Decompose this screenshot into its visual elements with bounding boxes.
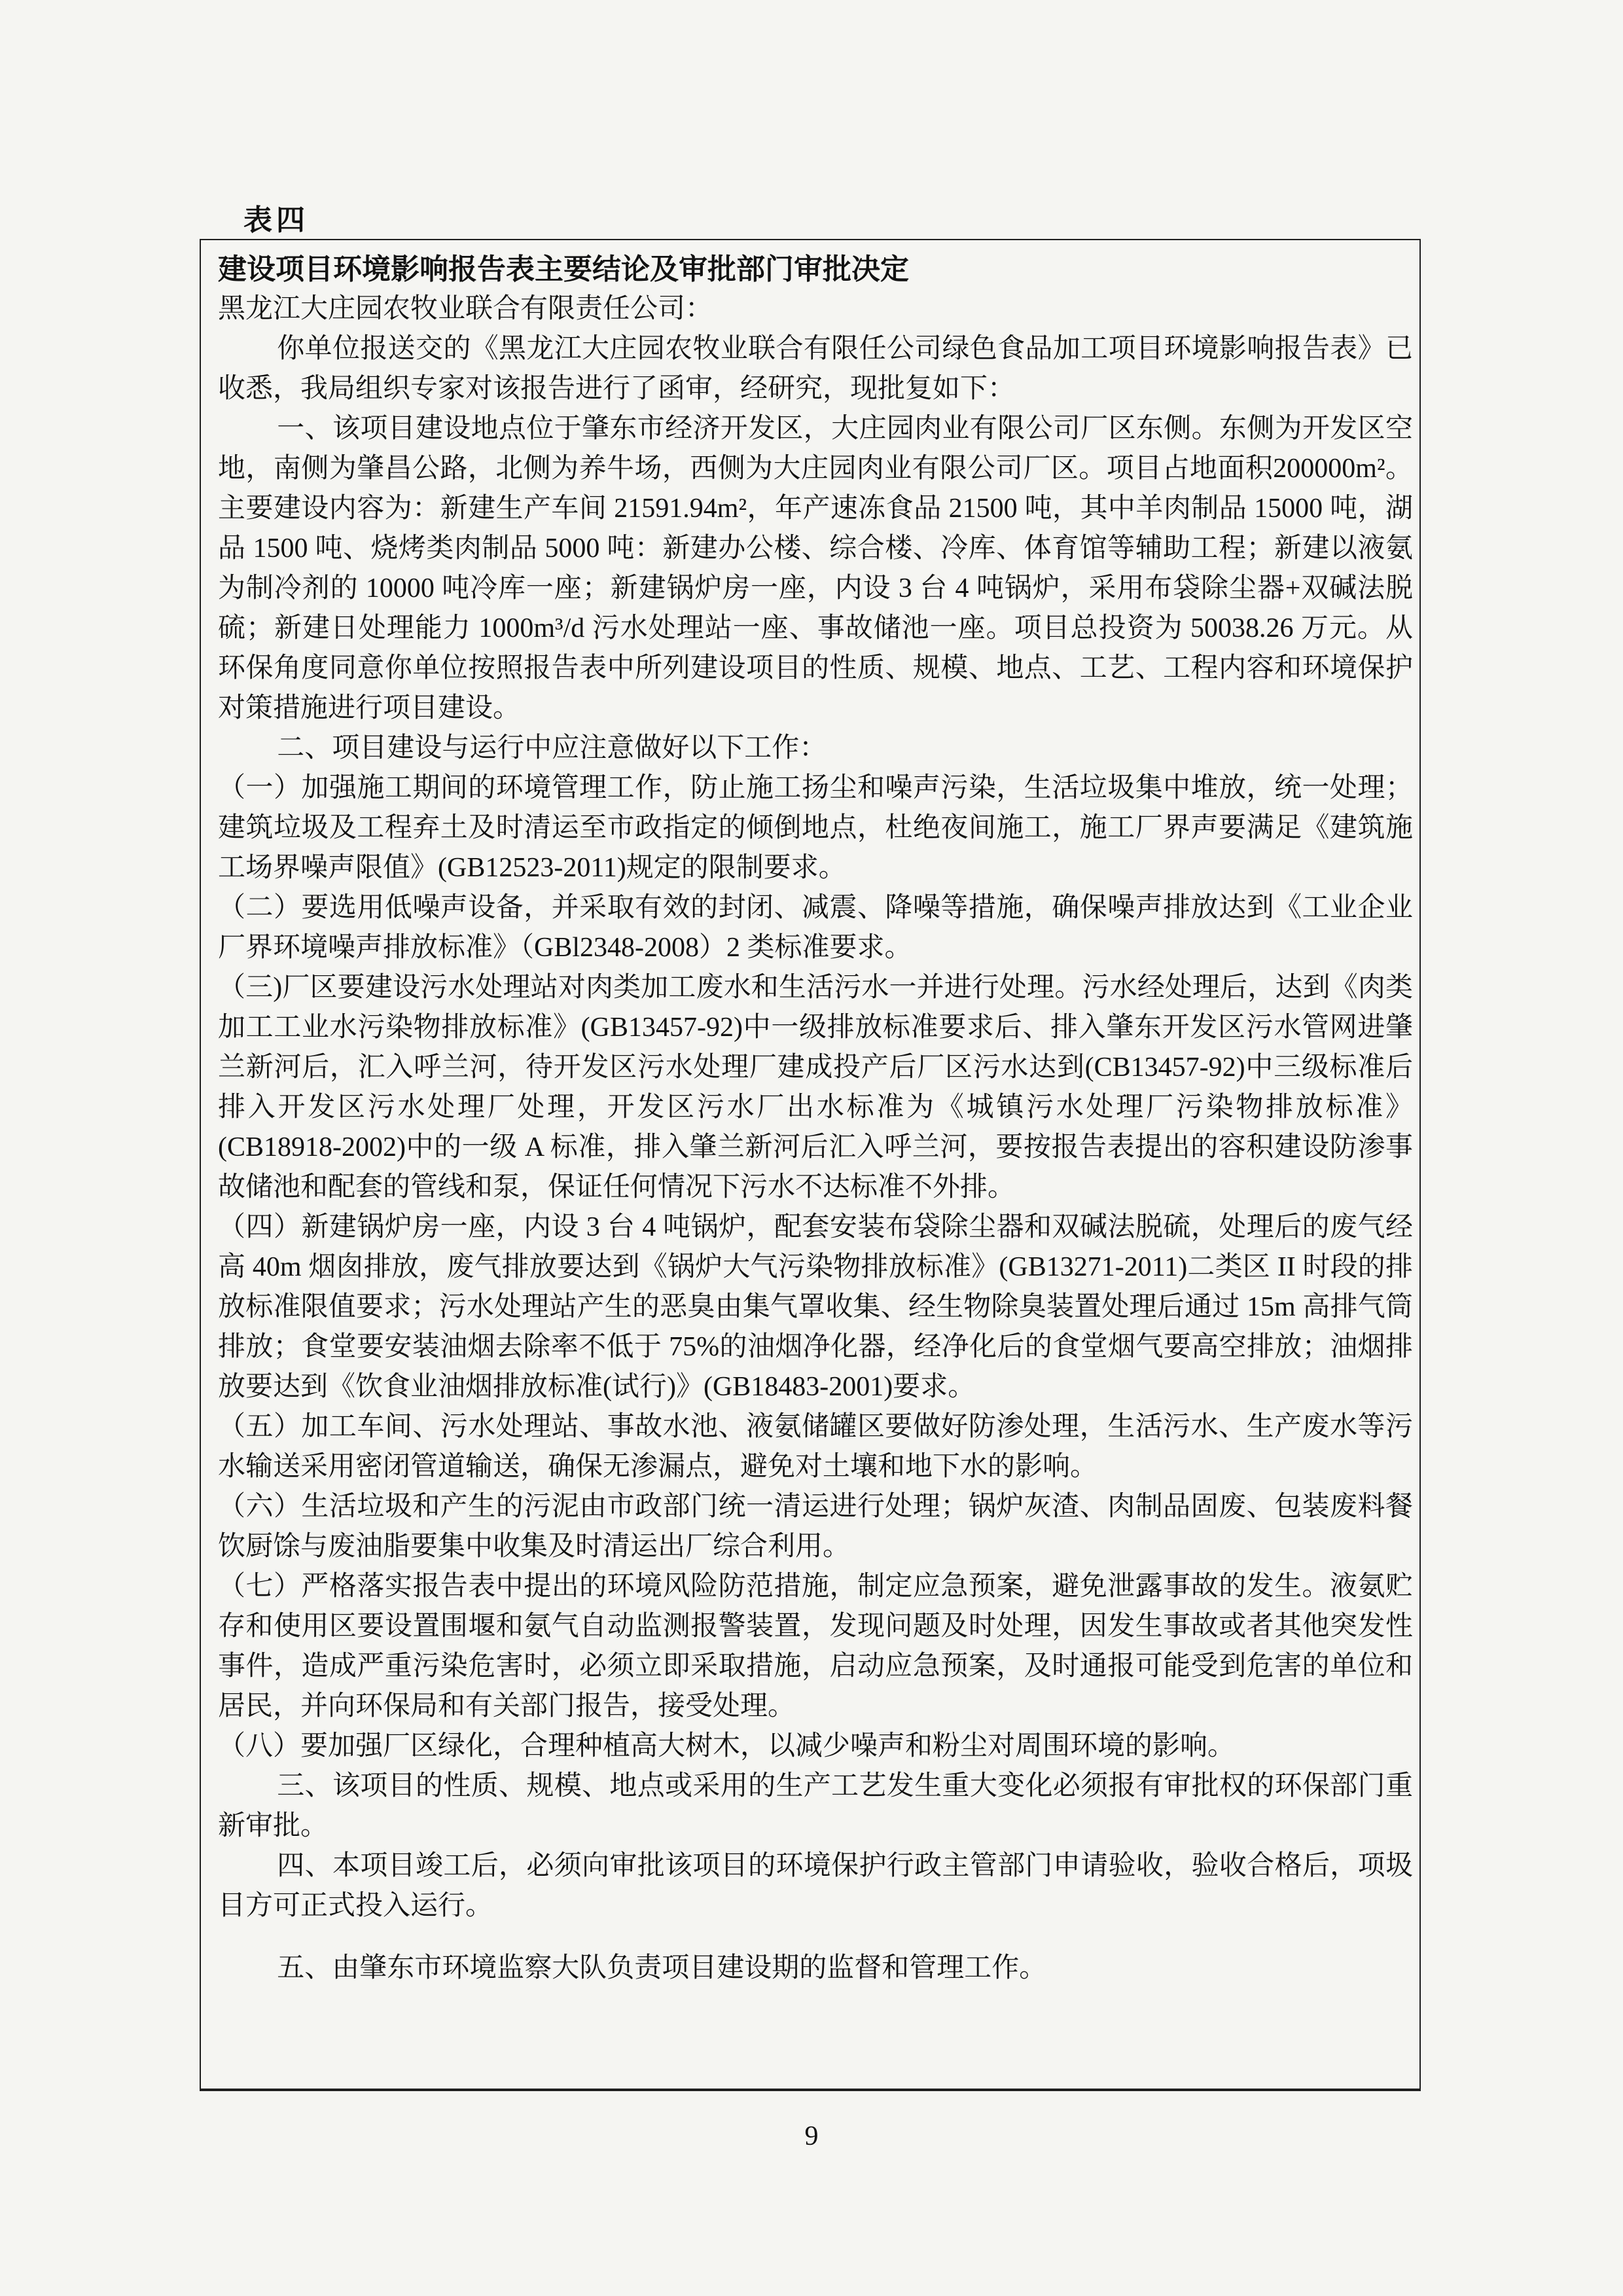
paragraph-intro: 你单位报送交的《黑龙江大庄园农牧业联合有限任公司绿色食品加工项目环境影响报告表》… [218, 329, 1413, 409]
approval-table-box: 建设项目环境影响报告表主要结论及审批部门审批决定 黑龙江大庄园农牧业联合有限责任… [200, 239, 1421, 2091]
form-label: 表四 [243, 196, 309, 238]
paragraph-item-3: 三、该项目的性质、规模、地点或采用的生产工艺发生重大变化必须报有审批权的环保部门… [218, 1767, 1413, 1846]
paragraph-sub-8: （八）要加强厂区绿化，合理种植高大树木，以减少噪声和粉尘对周围环境的影响。 [218, 1727, 1413, 1767]
paragraph-sub-3: （三)厂区要建设污水处理站对肉类加工废水和生活污水一并进行处理。污水经处理后，达… [218, 968, 1413, 1208]
salutation: 黑龙江大庄园农牧业联合有限责任公司： [218, 289, 1413, 329]
paragraph-item-4: 四、本项目竣工后，必须向审批该项目的环境保护行政主管部门申请验收，验收合格后，项… [218, 1846, 1413, 1926]
paragraph-item-2: 二、项目建设与运行中应注意做好以下工作： [218, 728, 1413, 768]
paragraph-item-5: 五、由肇东市环境监察大队负责项目建设期的监督和管理工作。 [218, 1948, 1413, 1988]
approval-title: 建设项目环境影响报告表主要结论及审批部门审批决定 [218, 249, 1413, 289]
paragraph-sub-7: （七）严格落实报告表中提出的环境风险防范措施，制定应急预案，避免泄露事故的发生。… [218, 1567, 1413, 1727]
page-number: 9 [0, 2121, 1623, 2152]
paragraph-sub-1: （一）加强施工期间的环境管理工作，防止施工扬尘和噪声污染，生活垃圾集中堆放，统一… [218, 768, 1413, 888]
paragraph-item-1: 一、该项目建设地点位于肇东市经济开发区，大庄园肉业有限公司厂区东侧。东侧为开发区… [218, 409, 1413, 728]
paragraph-sub-2: （二）要选用低噪声设备，并采取有效的封闭、减震、降噪等措施，确保噪声排放达到《工… [218, 888, 1413, 968]
paragraph-sub-5: （五）加工车间、污水处理站、事故水池、液氨储罐区要做好防渗处理，生活污水、生产废… [218, 1407, 1413, 1487]
document-page: { "page": { "form_label": "表四", "page_nu… [0, 0, 1623, 2296]
paragraph-sub-6: （六）生活垃圾和产生的污泥由市政部门统一清运进行处理；锅炉灰渣、肉制品固废、包装… [218, 1487, 1413, 1567]
paragraph-sub-4: （四）新建锅炉房一座，内设 3 台 4 吨锅炉，配套安装布袋除尘器和双碱法脱硫，… [218, 1208, 1413, 1407]
